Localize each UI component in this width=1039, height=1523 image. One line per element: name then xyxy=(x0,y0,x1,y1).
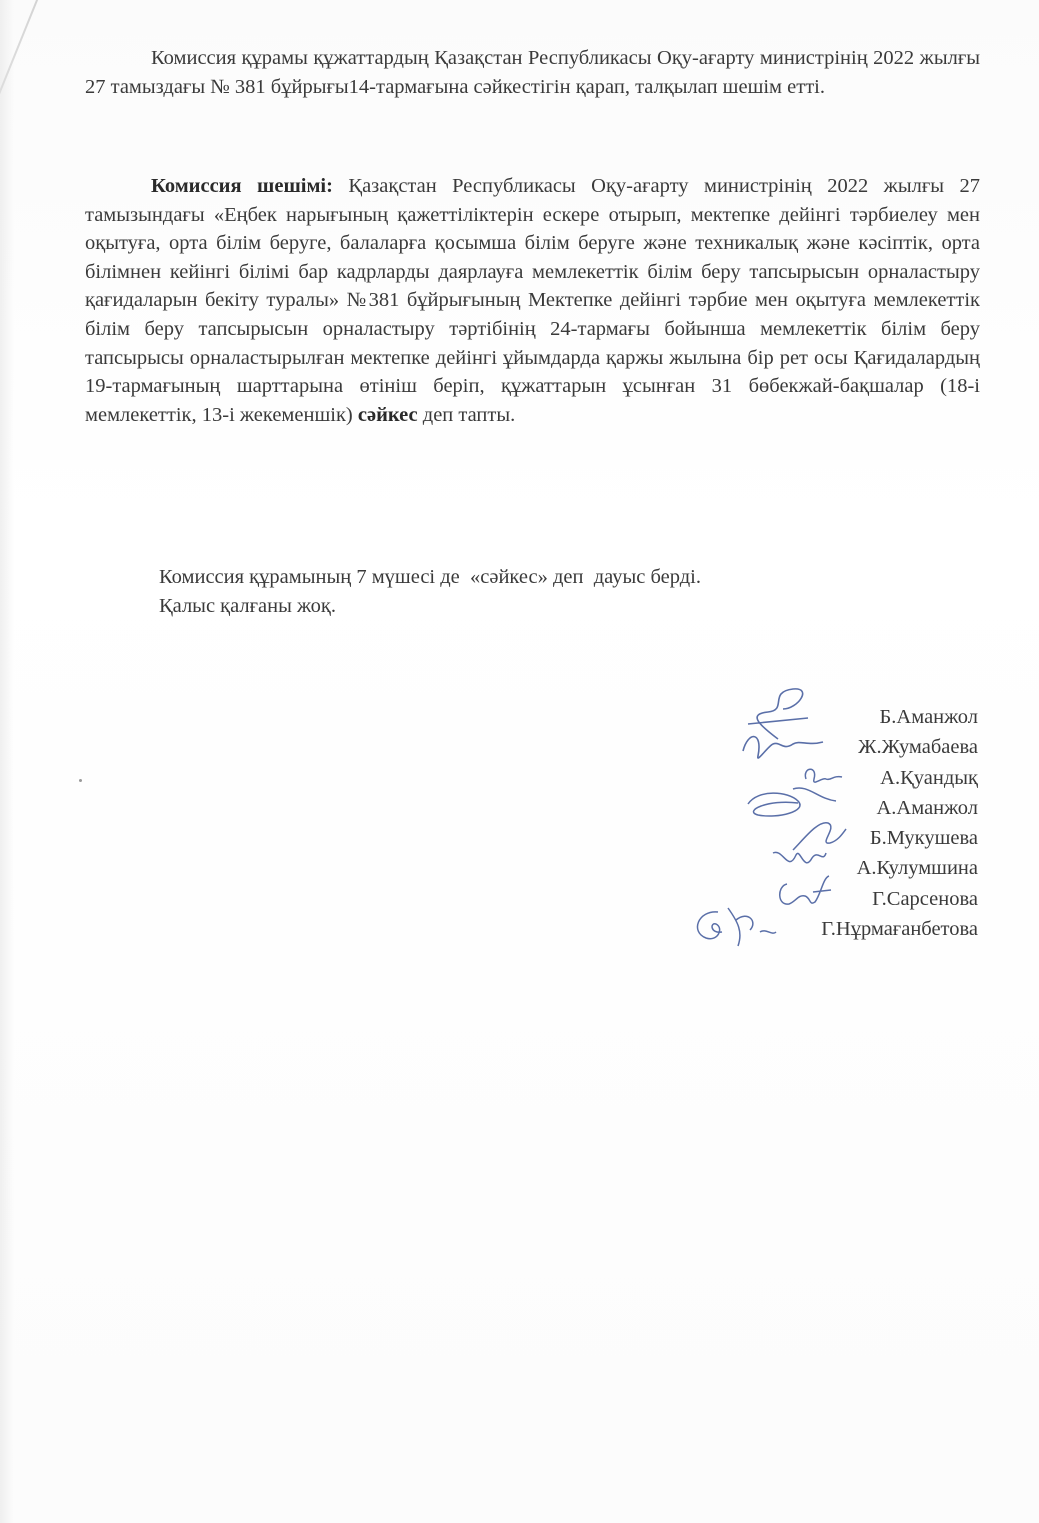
signatory-name: Г.Сарсенова xyxy=(872,888,978,910)
signatory-name: А.Аманжол xyxy=(877,797,979,819)
handwritten-signature-icon xyxy=(738,684,828,744)
signatory-name: Г.Нұрмағанбетова xyxy=(821,918,978,940)
handwritten-signature-icon xyxy=(768,843,828,883)
handwritten-signature-icon xyxy=(738,726,828,766)
signatory-row: Ж.Жумабаева xyxy=(821,732,978,762)
signatory-name: Ж.Жумабаева xyxy=(858,736,978,758)
paragraph-review: Комиссия құрамы құжаттардың Қазақстан Ре… xyxy=(85,44,980,101)
handwritten-signature-icon xyxy=(798,759,848,793)
scanned-page: Комиссия құрамы құжаттардың Қазақстан Ре… xyxy=(0,0,1039,1523)
signatory-row: А.Кулумшина xyxy=(821,853,978,883)
signatory-row: А.Қуандық xyxy=(821,763,978,793)
paragraph-decision: Комиссия шешімі: Қазақстан Республикасы … xyxy=(85,172,980,429)
decision-text-end: деп тапты. xyxy=(418,404,516,426)
decision-label: Комиссия шешімі: xyxy=(151,175,333,197)
signatory-row: Б.Аманжол xyxy=(821,702,978,732)
decision-verdict: сәйкес xyxy=(358,404,418,426)
decision-text: Қазақстан Республикасы Оқу-ағарту минист… xyxy=(85,175,980,426)
signatory-name: А.Қуандық xyxy=(880,767,978,789)
signatory-row: Г.Сарсенова xyxy=(821,884,978,914)
signatory-name: А.Кулумшина xyxy=(857,857,978,879)
signatory-row: А.Аманжол xyxy=(821,793,978,823)
scan-speck xyxy=(79,779,82,782)
signatory-name: Б.Мукушева xyxy=(870,827,978,849)
signature-block: Б.Аманжол Ж.Жумабаева А.Қуандық А.Аманжо… xyxy=(821,702,978,944)
vote-result: Комиссия құрамының 7 мүшесі де «сәйкес» … xyxy=(159,563,701,591)
signatory-name: Б.Аманжол xyxy=(880,706,978,728)
page-edge-shadow xyxy=(0,0,14,1523)
handwritten-signature-icon xyxy=(688,902,778,948)
abstain-result: Қалыс қалғаны жоқ. xyxy=(159,592,336,620)
signatory-row: Б.Мукушева xyxy=(821,823,978,853)
signatory-row: Г.Нұрмағанбетова xyxy=(821,914,978,944)
